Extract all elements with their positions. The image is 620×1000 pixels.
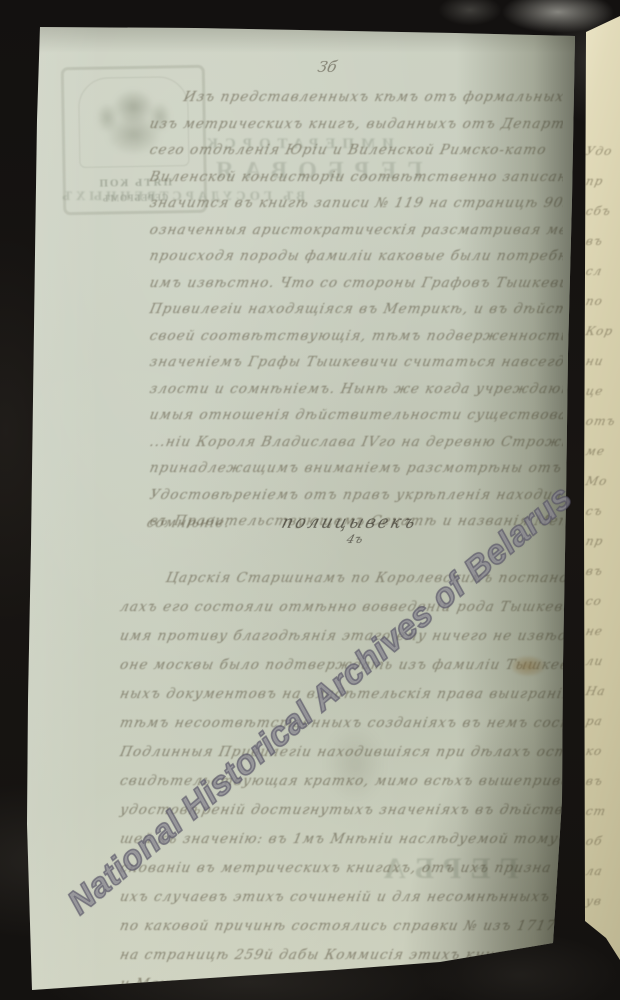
handwriting-fragment: отъ [583,406,620,436]
handwritten-line: Царскія Старшинамъ по Королевскимъ поста… [117,564,565,593]
handwriting-fragment: Мо [583,466,620,496]
handwritten-line: Виленской консисторіи соотвѣтственно зап… [147,164,563,191]
handwriting-fragment: съ [583,496,620,526]
ink-stain [511,656,545,676]
handwriting-fragment: въ [583,226,620,256]
handwriting-fragment: об [583,826,620,856]
pencil-mark: 4ъ [345,532,365,546]
handwritten-line: ныхъ документовъ на владѣтельскія права … [117,680,565,709]
handwriting-fragment: ли [583,646,620,676]
handwriting-fragment: не [583,616,620,646]
handwriting-fragment: ме [583,436,620,466]
handwritten-line: на страницѣ 259й дабы Коммисія этихъ кни… [117,941,565,970]
handwritten-line: изъ метрическихъ книгъ, выданныхъ отъ Де… [147,111,563,138]
handwritten-line: злости и сомнѣніемъ. Нынѣ же когда учреж… [147,376,563,403]
handwritten-line: значится въ книгѣ записи № 119 на страни… [147,190,563,217]
next-page-line-fragments: УдопрсбъвъслпоКорницеотъмеМосъпрвъсонели… [586,136,620,916]
handwritten-line: и Меньшими книгами могутъ себѣ побѣдами … [117,970,565,999]
paper-shadow-smudge [325,724,385,804]
handwriting-fragment: це [583,376,620,406]
handwritten-line: ...ніи Короля Владислава IVго на деревню… [147,429,563,456]
handwritten-paragraph-1: Изъ представленныхъ кѣмъ отъ формальныхъ… [147,84,563,535]
handwritten-line: Удостовѣреніемъ отъ правъ укрѣпленія нах… [147,482,563,509]
handwriting-fragment: въ [583,556,620,586]
handwriting-fragment: сбъ [583,196,620,226]
handwritten-line: ихъ случаевъ этихъ сочиненій и для несом… [117,883,565,912]
handwritten-line: лахъ его состояли отмѣнно вовведеніи род… [117,593,565,622]
handwritten-line: имыя отношенія дѣйствительности существо… [147,402,563,429]
handwriting-fragment: ст [583,796,620,826]
handwriting-fragment: ни [583,346,620,376]
handwritten-line: снованіи въ метрическихъ книгахъ, отъ их… [117,854,565,883]
handwritten-line: происходя породы фамиліи каковые были по… [147,243,563,270]
handwritten-line: оне москвы было подтверждать изъ фамиліи… [117,651,565,680]
handwriting-fragment: ув [583,886,620,916]
handwritten-line: Привилегіи находящіяся въ Метрикѣ, и въ … [147,296,563,323]
handwritten-line: своей соотвѣтствующія, тѣмъ подверженнос… [147,323,563,350]
handwriting-fragment: по [583,286,620,316]
handwriting-fragment: ра [583,706,620,736]
handwritten-line: Изъ представленныхъ кѣмъ отъ формальныхъ… [147,84,563,111]
handwriting-fragment: въ [583,766,620,796]
handwriting-fragment: пр [583,166,620,196]
handwritten-line: шей къ значенію: въ 1мъ Мнѣніи наслѣдуем… [117,825,565,854]
main-page: ПЯТЬ КОП СЕРЕБРОМЪ ИМПЕРАТОРСК ГЕРБОВАЯ … [25,24,578,992]
handwritten-line: сего отдѣленія Юріи и Виленской Римско-к… [147,137,563,164]
handwriting-fragment: Кор [583,316,620,346]
archive-photo: ПЯТЬ КОП СЕРЕБРОМЪ ИМПЕРАТОРСК ГЕРБОВАЯ … [0,0,620,1000]
handwritten-line: означенныя аристократическія разсматрива… [147,217,563,244]
handwritten-line: принадлежащимъ вниманіемъ разсмотрѣны от… [147,455,563,482]
handwriting-fragment: ла [583,856,620,886]
handwriting-fragment: пр [583,526,620,556]
handwritten-line: имя противу благодѣянія этаго ему ничего… [117,622,565,651]
handwritten-line: по каковой причинѣ состоялись справки № … [117,912,565,941]
handwriting-fragment: Удо [583,136,620,166]
next-page-edge: УдопрсбъвъслпоКорницеотъмеМосъпрвъсонели… [580,16,620,974]
handwritten-line: значеніемъ Графы Тышкевичи считаться нав… [147,349,563,376]
handwriting-fragment: сл [583,256,620,286]
handwriting-fragment: ко [583,736,620,766]
folio-number: Зб [316,58,339,76]
handwriting-fragment: На [583,676,620,706]
closing-word: сомнѣніе. [144,510,233,536]
handwritten-line: имъ извѣстно. Что со стороны Графовъ Тыш… [147,270,563,297]
handwriting-fragment: со [583,586,620,616]
